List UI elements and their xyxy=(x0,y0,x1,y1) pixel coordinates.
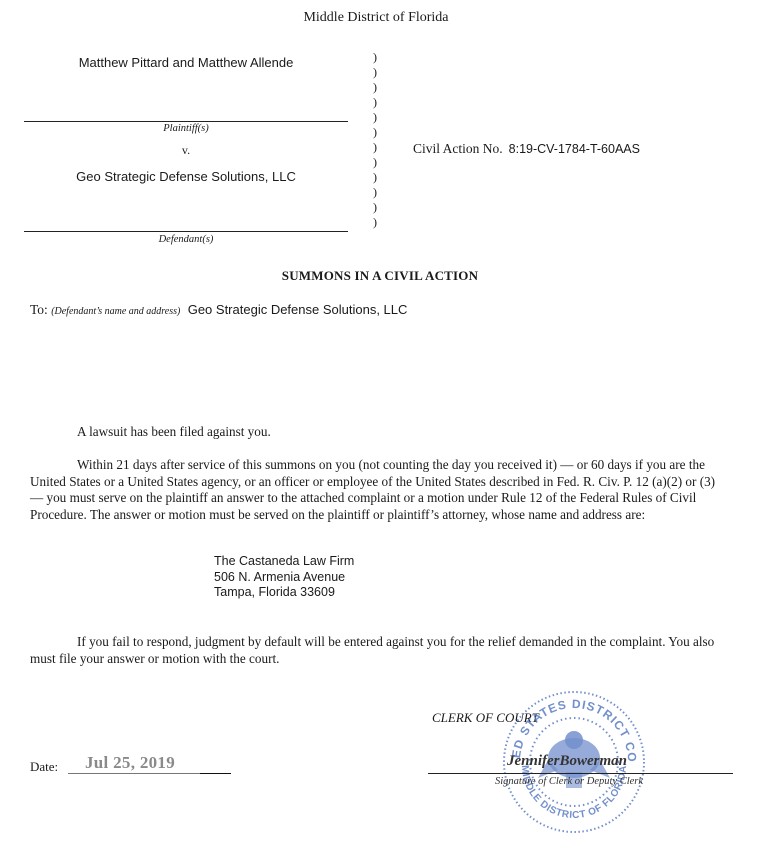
to-defendant: Geo Strategic Defense Solutions, LLC xyxy=(188,302,408,317)
date-value: Jul 25, 2019 xyxy=(85,753,175,773)
bracket-paren: ) xyxy=(373,185,383,200)
paragraph-text: Within 21 days after service of this sum… xyxy=(30,457,715,522)
date-label: Date: xyxy=(30,759,58,775)
bracket-paren: ) xyxy=(373,80,383,95)
bracket-paren: ) xyxy=(373,125,383,140)
attorney-firm: The Castaneda Law Firm xyxy=(214,554,354,570)
defendant-name: Geo Strategic Defense Solutions, LLC xyxy=(24,169,348,184)
clerk-signature: JenniferBowerman xyxy=(507,753,627,770)
paragraph-lawsuit-filed: A lawsuit has been filed against you. xyxy=(30,424,730,441)
plaintiff-label: Plaintiff(s) xyxy=(24,123,348,134)
defendant-underline xyxy=(24,231,348,232)
signature-line xyxy=(428,773,733,774)
paragraph-response-deadline: Within 21 days after service of this sum… xyxy=(30,457,730,523)
caption-bracket: )))))))))))) xyxy=(373,50,383,230)
civil-action-number: 8:19-CV-1784-T-60AAS xyxy=(509,142,640,156)
to-line: To: (Defendant’s name and address) Geo S… xyxy=(30,302,407,318)
civil-action: Civil Action No.8:19-CV-1784-T-60AAS xyxy=(413,141,640,157)
document-title: SUMMONS IN A CIVIL ACTION xyxy=(0,268,760,284)
date-underline-end xyxy=(200,773,231,774)
civil-action-label: Civil Action No. xyxy=(413,141,503,156)
paragraph-text: A lawsuit has been filed against you. xyxy=(77,424,271,439)
bracket-paren: ) xyxy=(373,95,383,110)
plaintiff-underline xyxy=(24,121,348,122)
bracket-paren: ) xyxy=(373,110,383,125)
bracket-paren: ) xyxy=(373,200,383,215)
attorney-address: The Castaneda Law Firm 506 N. Armenia Av… xyxy=(214,554,354,601)
signature-label: Signature of Clerk or Deputy Clerk xyxy=(495,776,643,787)
bracket-paren: ) xyxy=(373,170,383,185)
bracket-paren: ) xyxy=(373,215,383,230)
attorney-city: Tampa, Florida 33609 xyxy=(214,585,354,601)
court-district: Middle District of Florida xyxy=(0,10,752,26)
bracket-paren: ) xyxy=(373,65,383,80)
bracket-paren: ) xyxy=(373,50,383,65)
defendant-label: Defendant(s) xyxy=(24,234,348,245)
attorney-street: 506 N. Armenia Avenue xyxy=(214,570,354,586)
paragraph-default-judgment: If you fail to respond, judgment by defa… xyxy=(30,634,730,667)
plaintiff-name: Matthew Pittard and Matthew Allende xyxy=(24,55,348,70)
to-hint: (Defendant’s name and address) xyxy=(51,306,180,317)
bracket-paren: ) xyxy=(373,155,383,170)
date-underline xyxy=(68,773,200,774)
paragraph-text: If you fail to respond, judgment by defa… xyxy=(30,634,714,666)
versus-label: v. xyxy=(24,143,348,158)
bracket-paren: ) xyxy=(373,140,383,155)
to-label: To: xyxy=(30,302,48,317)
